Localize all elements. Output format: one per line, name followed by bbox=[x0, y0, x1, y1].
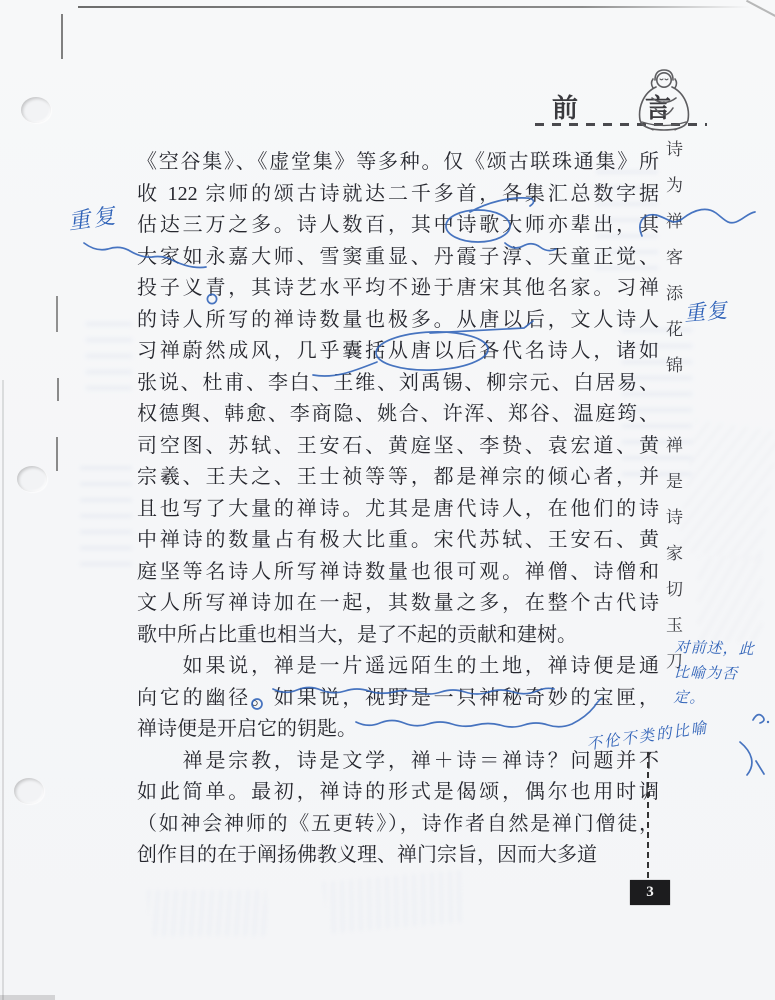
ink-flourish-diag bbox=[740, 742, 752, 775]
body-line: 如此简单。最初，禅诗的形式是偈颂，偶尔也用时调 bbox=[137, 777, 659, 809]
scan-edge-left bbox=[2, 380, 4, 1000]
body-line: 向它的幽径。如果说，视野是一只神秘奇妙的宝匣， bbox=[137, 683, 659, 715]
body-line: 中禅诗的数量占有极大比重。宋代苏轼、王安石、黄 bbox=[137, 525, 659, 557]
ink-scribble-small bbox=[753, 715, 764, 723]
body-line: （如神会神师的《五更转》），诗作者自然是禅门僧徒， bbox=[137, 809, 659, 841]
body-text: 《空谷集》、《虚堂集》等多种。仅《颂古联珠通集》所 收 122 宗师的颂古诗就达… bbox=[137, 147, 659, 872]
body-line: 《空谷集》、《虚堂集》等多种。仅《颂古联珠通集》所 bbox=[137, 147, 659, 179]
bleed-through-ghost bbox=[80, 466, 132, 574]
punch-hole-middle bbox=[17, 466, 47, 492]
body-line: 估达三万之多。诗人数百，其中诗歌大师亦辈出，其 bbox=[137, 210, 659, 242]
scan-edge-vline-2 bbox=[56, 296, 58, 332]
body-line: 大家如永嘉大师、雪窦重显、丹霞子淳、天童正觉、 bbox=[137, 242, 659, 274]
body-line: 庭坚等名诗人所写禅诗数量也很可观。禅僧、诗僧和 bbox=[137, 557, 659, 589]
body-line: 禅诗便是开启它的钥匙。 bbox=[137, 714, 659, 746]
body-line: 文人所写禅诗加在一起，其数量之多，在整个古代诗 bbox=[137, 588, 659, 620]
scanned-book-page: 前 言 《空谷集》、《虚堂集》等多种。仅《颂古联珠通集》所 收 122 宗师的颂… bbox=[0, 0, 775, 1000]
page-number: 3 bbox=[630, 880, 670, 905]
body-line: 张说、杜甫、李白、王维、刘禹锡、柳宗元、白居易、 bbox=[137, 368, 659, 400]
bleed-through-ghost bbox=[86, 322, 132, 396]
body-line: 如果说，禅是一片遥远陌生的土地，禅诗便是通 bbox=[137, 651, 659, 683]
body-line: 权德舆、韩愈、李商隐、姚合、许浑、郑谷、温庭筠、 bbox=[137, 399, 659, 431]
bleed-through-ghost bbox=[323, 870, 465, 934]
body-line: 歌中所占比重也相当大，是了不起的贡献和建树。 bbox=[137, 620, 659, 652]
body-line: 投子义青，其诗艺水平均不逊于唐宋其他名家。习禅 bbox=[137, 273, 659, 305]
body-line: 宗羲、王夫之、王士祯等等，都是禅宗的倾心者，并 bbox=[137, 462, 659, 494]
body-line: 收 122 宗师的颂古诗就达二千多首，各集汇总数字据 bbox=[137, 179, 659, 211]
handwritten-note-left-margin: 重复 bbox=[66, 199, 120, 237]
scan-edge-vline-4 bbox=[56, 437, 58, 471]
scan-edge-top bbox=[78, 6, 750, 8]
scan-edge-vline-3 bbox=[57, 378, 59, 401]
scan-edge-corner bbox=[746, 0, 775, 22]
scan-edge-vline-1 bbox=[61, 14, 63, 59]
bleed-through-ghost bbox=[148, 890, 266, 936]
body-line: 禅是宗教，诗是文学，禅＋诗＝禅诗？问题并不 bbox=[137, 746, 659, 778]
punch-hole-bottom bbox=[14, 778, 44, 804]
body-line: 习禅蔚然成风，几乎囊括从唐以后各代名诗人，诸如 bbox=[137, 336, 659, 368]
side-column-lower: 禅是诗家切玉刀 bbox=[657, 436, 687, 736]
body-line: 司空图、苏轼、王安石、黄庭坚、李贽、袁宏道、黄 bbox=[137, 431, 659, 463]
body-line: 且也写了大量的禅诗。尤其是唐代诗人，在他们的诗 bbox=[137, 494, 659, 526]
punch-hole-top bbox=[21, 97, 51, 123]
side-column-upper: 诗为禅客添花锦 bbox=[657, 140, 687, 440]
handwritten-note-right-margin: 重复 bbox=[683, 294, 729, 328]
ink-dot-small bbox=[767, 721, 769, 723]
body-line: 的诗人所写的禅诗数量也极多。从唐以后，文人诗人 bbox=[137, 305, 659, 337]
bleed-through-ghost bbox=[677, 420, 775, 562]
ink-tick-diag bbox=[756, 761, 764, 774]
page-number-dashed-line bbox=[647, 752, 649, 878]
bleed-through-ghost bbox=[698, 556, 762, 642]
body-line: 创作目的在于阐扬佛教义理、禅门宗旨，因而大多道 bbox=[137, 840, 659, 872]
buddha-icon bbox=[633, 66, 695, 132]
scan-edge-bottom bbox=[0, 995, 55, 1000]
